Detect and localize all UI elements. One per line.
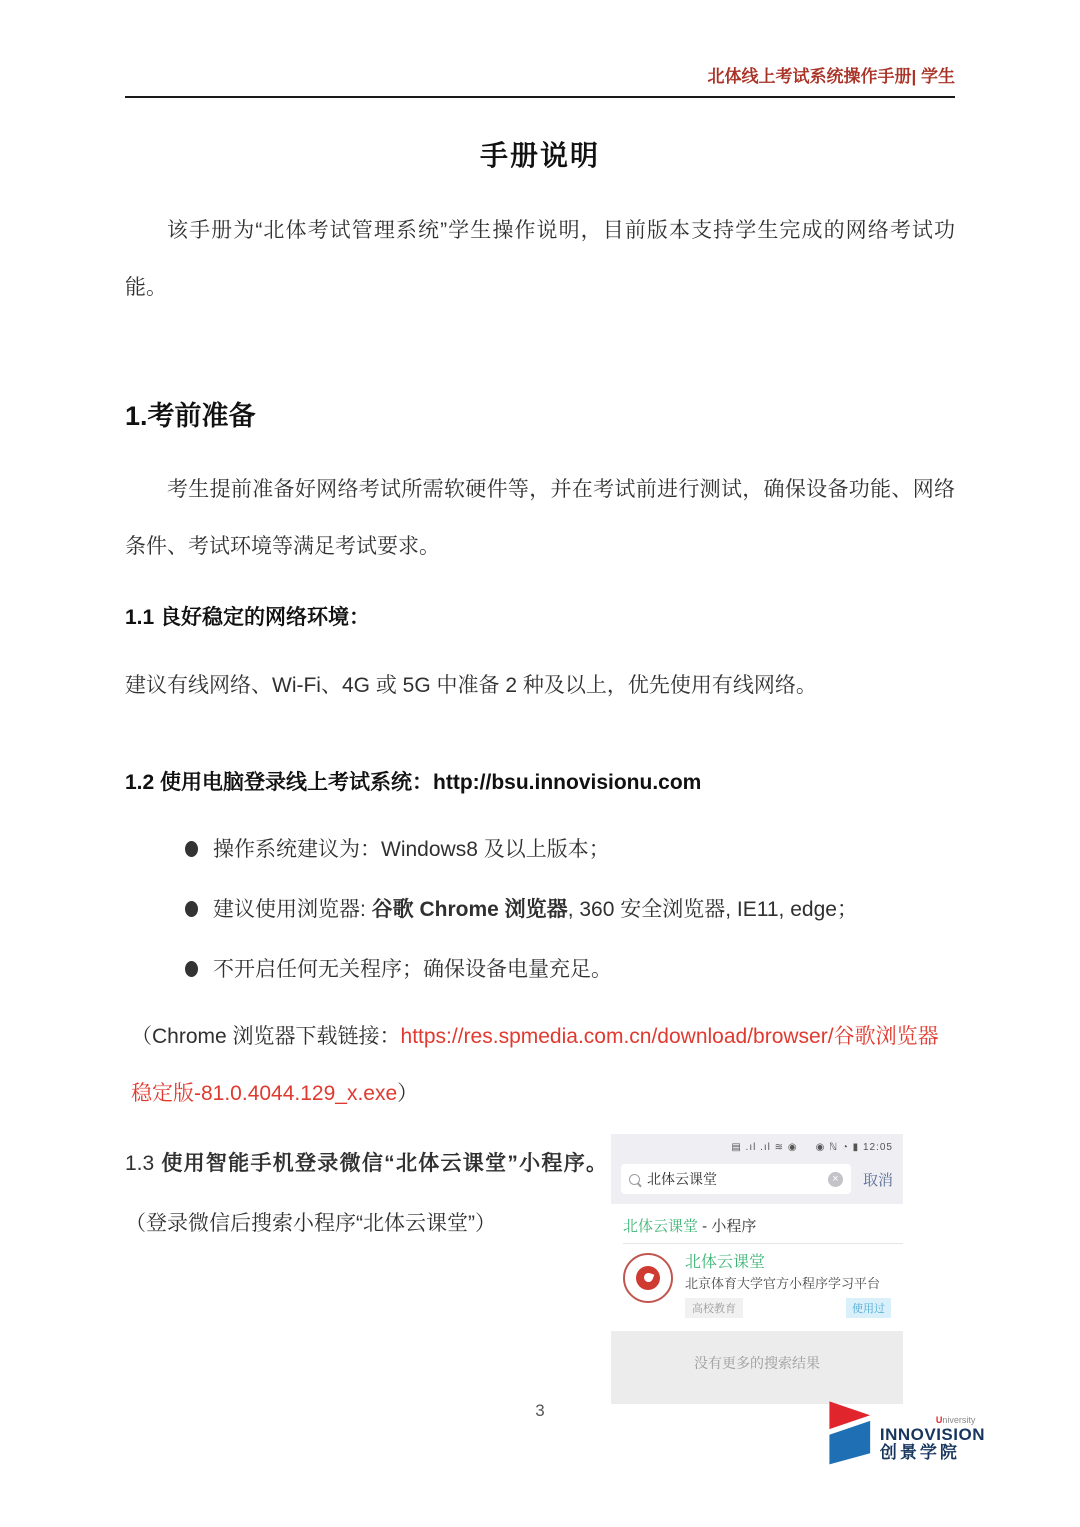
header-rule bbox=[125, 96, 955, 98]
phone-status-bar: ▤ .ıl .ıl ≋ ◉ ◉ ℕ ◔ ▮ 12:05 bbox=[621, 1140, 893, 1156]
category-tag: 高校教育 bbox=[685, 1298, 743, 1318]
list-item: 不开启任何无关程序；确保设备电量充足。 bbox=[185, 956, 955, 984]
miniprogram-result-item: 北体云课堂 北京体育大学官方小程序学习平台 高校教育 使用过 bbox=[611, 1244, 903, 1327]
phone-top-bar: ▤ .ıl .ıl ≋ ◉ ◉ ℕ ◔ ▮ 12:05 北体云课堂 × 取消 bbox=[611, 1134, 903, 1204]
requirements-list: 操作系统建议为：Windows8 及以上版本； 建议使用浏览器: 谷歌 Chro… bbox=[125, 836, 955, 984]
section-1-3: 1.3 使用智能手机登录微信“北体云课堂”小程序。（登录微信后搜索小程序“北体云… bbox=[125, 1134, 955, 1404]
section-1-1-heading: 1.1 良好稳定的网络环境： bbox=[125, 601, 955, 631]
bullet-2-prefix: 建议使用浏览器: bbox=[213, 898, 372, 921]
logo-niversity: niversity bbox=[942, 1415, 975, 1425]
chrome-link-suffix: ） bbox=[397, 1082, 418, 1105]
search-input: 北体云课堂 × bbox=[621, 1164, 851, 1194]
search-icon bbox=[629, 1174, 640, 1185]
logo-text-column: University INNOVISION 创景学院 bbox=[880, 1416, 985, 1465]
bullet-2-suffix: , 360 安全浏览器, IE11, edge； bbox=[568, 898, 858, 921]
no-more-results-text: 没有更多的搜索结果 bbox=[611, 1331, 903, 1404]
logo-name-en: INNOVISION bbox=[880, 1426, 985, 1445]
bullet-icon bbox=[185, 901, 198, 917]
wechat-search-screenshot: ▤ .ıl .ıl ≋ ◉ ◉ ℕ ◔ ▮ 12:05 北体云课堂 × 取消 北… bbox=[611, 1134, 903, 1404]
section-1-3-number: 1.3 bbox=[125, 1152, 161, 1175]
page-title: 手册说明 bbox=[125, 134, 955, 174]
status-icons-left: ▤ .ıl .ıl ≋ ◉ bbox=[731, 1140, 797, 1156]
section-1-2-heading: 1.2 使用电脑登录线上考试系统：http://bsu.innovisionu.… bbox=[125, 766, 955, 796]
miniprogram-description: 北京体育大学官方小程序学习平台 bbox=[685, 1275, 891, 1292]
document-page: 北体线上考试系统操作手册| 学生 手册说明 该手册为“北体考试管理系统”学生操作… bbox=[0, 0, 1080, 1527]
miniprogram-name: 北体云课堂 bbox=[685, 1253, 891, 1272]
search-value: 北体云课堂 bbox=[647, 1169, 717, 1189]
clear-icon: × bbox=[828, 1172, 843, 1187]
result-tags-row: 高校教育 使用过 bbox=[685, 1298, 891, 1318]
list-item: 建议使用浏览器: 谷歌 Chrome 浏览器, 360 安全浏览器, IE11,… bbox=[185, 896, 955, 924]
section-1-3-text: 1.3 使用智能手机登录微信“北体云课堂”小程序。（登录微信后搜索小程序“北体云… bbox=[125, 1134, 607, 1254]
result-group-suffix: - 小程序 bbox=[698, 1218, 756, 1235]
innovision-logo-mark bbox=[822, 1397, 872, 1465]
chrome-link-prefix: （Chrome 浏览器下载链接： bbox=[131, 1025, 401, 1048]
seal-core-icon bbox=[636, 1266, 660, 1290]
intro-paragraph: 该手册为“北体考试管理系统”学生操作说明，目前版本支持学生完成的网络考试功能。 bbox=[125, 202, 955, 316]
section-1-2-label: 1.2 使用电脑登录线上考试系统： bbox=[125, 771, 433, 794]
section-1-1-paragraph: 建议有线网络、Wi-Fi、4G 或 5G 中准备 2 种及以上，优先使用有线网络… bbox=[125, 657, 955, 714]
exam-system-url: http://bsu.innovisionu.com bbox=[433, 771, 701, 794]
status-icons-right: ◉ ℕ ◔ ▮ 12:05 bbox=[816, 1140, 893, 1156]
list-item: 操作系统建议为：Windows8 及以上版本； bbox=[185, 836, 955, 864]
innovision-logo: University INNOVISION 创景学院 bbox=[822, 1397, 985, 1465]
result-group-name: 北体云课堂 bbox=[623, 1218, 698, 1235]
result-text-column: 北体云课堂 北京体育大学官方小程序学习平台 高校教育 使用过 bbox=[685, 1253, 891, 1318]
bullet-icon bbox=[185, 961, 198, 977]
bullet-2-browser: 谷歌 Chrome 浏览器 bbox=[372, 898, 568, 921]
used-badge: 使用过 bbox=[846, 1298, 891, 1318]
bullet-3-text: 不开启任何无关程序；确保设备电量充足。 bbox=[213, 958, 612, 981]
cancel-button: 取消 bbox=[863, 1169, 893, 1190]
result-group-header: 北体云课堂 - 小程序 bbox=[611, 1204, 903, 1243]
section-1-3-heading: 使用智能手机登录微信“北体云课堂”小程序。 bbox=[161, 1152, 607, 1175]
section-1-paragraph: 考生提前准备好网络考试所需软硬件等，并在考试前进行测试，确保设备功能、网络条件、… bbox=[125, 461, 955, 575]
bsu-seal-logo bbox=[623, 1253, 673, 1303]
section-1-heading: 1.考前准备 bbox=[125, 394, 955, 433]
page-header-title: 北体线上考试系统操作手册| 学生 bbox=[125, 66, 955, 88]
chrome-download-line: （Chrome 浏览器下载链接：https://res.spmedia.com.… bbox=[131, 1008, 955, 1122]
section-1-3-note: （登录微信后搜索小程序“北体云课堂”） bbox=[125, 1212, 496, 1235]
bullet-1-text: 操作系统建议为：Windows8 及以上版本； bbox=[213, 838, 610, 861]
status-time: 12:05 bbox=[863, 1142, 893, 1153]
search-row: 北体云课堂 × 取消 bbox=[621, 1164, 893, 1194]
status-glyphs: ◉ ℕ ◔ ▮ bbox=[816, 1142, 860, 1153]
logo-name-cn: 创景学院 bbox=[880, 1444, 985, 1463]
bullet-icon bbox=[185, 841, 198, 857]
